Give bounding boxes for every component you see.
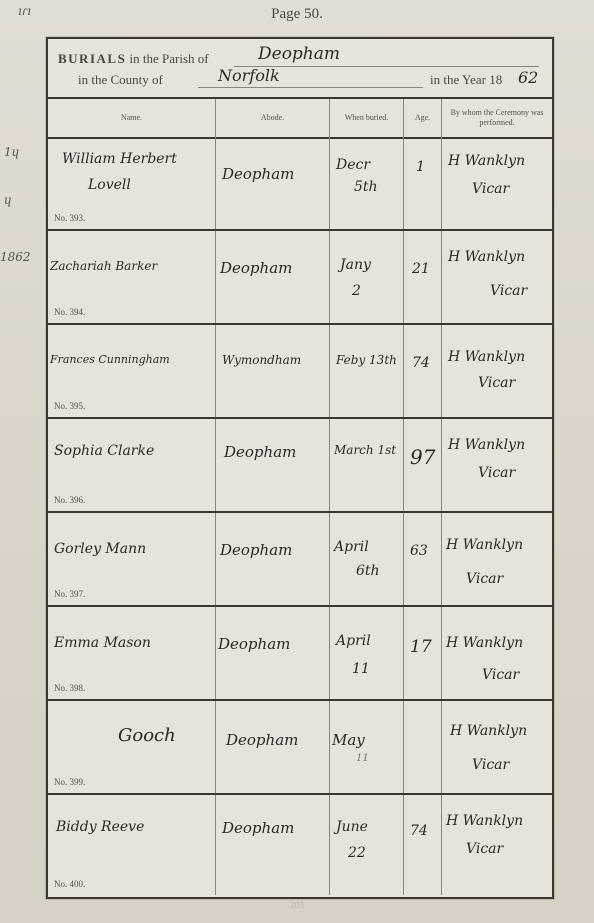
table-row: Zachariah Barker No. 394. Deopham Jany 2… [48, 231, 552, 325]
margin-note: 1ɥ [4, 145, 19, 159]
abode-cell: Deopham [216, 513, 330, 605]
margin-note: 1862 [0, 250, 31, 264]
officiant-line-1: H Wanklyn [448, 349, 525, 365]
table-row: Gorley Mann No. 397. Deopham April 6th 6… [48, 513, 552, 607]
when-buried-cell: April 6th [330, 513, 404, 605]
age-value: 1 [416, 159, 425, 175]
age-value: 21 [412, 261, 430, 277]
officiant-cell: H Wanklyn Vicar [442, 419, 552, 511]
officiant-line-2: Vicar [472, 757, 509, 773]
abode-value: Deopham [222, 165, 294, 183]
abode-cell: Deopham [216, 607, 330, 699]
age-cell: 97 [404, 419, 442, 511]
margin-note: ɥ [4, 193, 12, 207]
abode-value: Deopham [220, 541, 292, 559]
column-header-abode: Abode. [216, 99, 330, 137]
abode-cell: Deopham [216, 795, 330, 895]
burials-label: BURIALS [58, 51, 126, 66]
abode-cell: Deopham [216, 137, 330, 229]
date-line-1: Feby 13th [336, 353, 397, 367]
column-header-officiant: By whom the Ceremony was performed. [442, 99, 552, 137]
date-line-2: 2 [352, 283, 361, 299]
table-row: Sophia Clarke No. 396. Deopham March 1st… [48, 419, 552, 513]
officiant-line-1: H Wanklyn [448, 249, 525, 265]
officiant-line-2: Vicar [482, 667, 519, 683]
officiant-line-1: H Wanklyn [446, 537, 523, 553]
date-line-1: March 1st [334, 443, 396, 457]
year-value: 62 [518, 68, 538, 87]
officiant-line-2: Vicar [472, 181, 509, 197]
officiant-cell: H Wanklyn Vicar [442, 325, 552, 417]
officiant-cell: H Wanklyn Vicar [442, 795, 552, 895]
name-line-1: Frances Cunningham [50, 353, 170, 366]
name-line-1: Emma Mason [54, 635, 151, 651]
officiant-line-1: H Wanklyn [446, 635, 523, 651]
footer-stamp: 203 [0, 900, 594, 910]
entry-number: No. 396. [54, 495, 85, 505]
officiant-cell: H Wanklyn Vicar [442, 607, 552, 699]
name-cell: William Herbert Lovell No. 393. [48, 137, 216, 229]
table-row: William Herbert Lovell No. 393. Deopham … [48, 137, 552, 231]
name-cell: Sophia Clarke No. 396. [48, 419, 216, 511]
name-line-1: Sophia Clarke [54, 443, 154, 459]
date-line-1: April [334, 539, 369, 555]
age-value: 74 [412, 355, 430, 371]
entry-number: No. 393. [54, 213, 85, 223]
date-line-2: 5th [354, 179, 378, 195]
officiant-line-1: H Wanklyn [446, 813, 523, 829]
register-heading: BURIALS in the Parish of Deopham in the … [48, 39, 552, 97]
name-line-1: William Herbert [62, 151, 177, 167]
name-line-1: Gooch [118, 725, 176, 746]
margin-note: ıɾı [18, 4, 31, 18]
officiant-cell: H Wanklyn Vicar [442, 231, 552, 323]
entry-number: No. 395. [54, 401, 85, 411]
officiant-line-2: Vicar [490, 283, 527, 299]
name-line-2: Lovell [88, 177, 131, 193]
officiant-cell: H Wanklyn Vicar [442, 137, 552, 229]
when-buried-cell: April 11 [330, 607, 404, 699]
when-buried-cell: June 22 [330, 795, 404, 895]
entry-number: No. 394. [54, 307, 85, 317]
name-line-1: Zachariah Barker [50, 259, 157, 273]
abode-value: Deopham [222, 819, 294, 837]
officiant-line-2: Vicar [478, 375, 515, 391]
county-label: in the County of [78, 72, 163, 88]
age-cell: 1 [404, 137, 442, 229]
when-buried-cell: March 1st [330, 419, 404, 511]
table-row: Biddy Reeve No. 400. Deopham June 22 74 … [48, 795, 552, 895]
age-cell: 74 [404, 795, 442, 895]
name-line-1: Biddy Reeve [56, 819, 144, 835]
column-header-when-buried: When buried. [330, 99, 404, 137]
name-line-1: Gorley Mann [54, 541, 146, 557]
date-line-1: Decr [336, 157, 370, 173]
column-header-row: Name. Abode. When buried. Age. By whom t… [48, 97, 552, 139]
date-line-2: 11 [356, 753, 369, 764]
parish-label: in the Parish of [130, 51, 209, 66]
abode-cell: Deopham [216, 701, 330, 793]
abode-cell: Deopham [216, 419, 330, 511]
age-cell: 63 [404, 513, 442, 605]
date-line-1: Jany [340, 257, 371, 273]
when-buried-cell: May 11 [330, 701, 404, 793]
age-value: 97 [410, 445, 435, 469]
date-line-1: April [336, 633, 371, 649]
name-cell: Zachariah Barker No. 394. [48, 231, 216, 323]
age-value: 17 [410, 637, 432, 657]
abode-value: Deopham [220, 259, 292, 277]
name-cell: Biddy Reeve No. 400. [48, 795, 216, 895]
abode-value: Wymondham [222, 353, 301, 367]
abode-value: Deopham [224, 443, 296, 461]
age-cell: 21 [404, 231, 442, 323]
age-cell: 74 [404, 325, 442, 417]
date-line-2: 11 [352, 661, 370, 677]
when-buried-cell: Jany 2 [330, 231, 404, 323]
officiant-cell: H Wanklyn Vicar [442, 513, 552, 605]
table-row: Gooch No. 399. Deopham May 11 H Wanklyn … [48, 701, 552, 795]
abode-cell: Deopham [216, 231, 330, 323]
age-value: 63 [410, 543, 428, 559]
county-value: Norfolk [218, 66, 280, 85]
entry-number: No. 399. [54, 777, 85, 787]
column-header-name: Name. [48, 99, 216, 137]
name-cell: Emma Mason No. 398. [48, 607, 216, 699]
abode-value: Deopham [226, 731, 298, 749]
entry-number: No. 398. [54, 683, 85, 693]
officiant-line-2: Vicar [478, 465, 515, 481]
table-row: Frances Cunningham No. 395. Wymondham Fe… [48, 325, 552, 419]
officiant-cell: H Wanklyn Vicar [442, 701, 552, 793]
year-label: in the Year 18 [430, 72, 502, 88]
age-value: 74 [410, 823, 428, 839]
page-number: Page 50. [0, 6, 594, 23]
table-row: Emma Mason No. 398. Deopham April 11 17 … [48, 607, 552, 701]
abode-value: Deopham [218, 635, 290, 653]
column-header-age: Age. [404, 99, 442, 137]
county-fill-line [198, 87, 423, 88]
name-cell: Gorley Mann No. 397. [48, 513, 216, 605]
date-line-1: June [336, 819, 368, 835]
entry-number: No. 400. [54, 879, 85, 889]
name-cell: Gooch No. 399. [48, 701, 216, 793]
officiant-line-1: H Wanklyn [448, 153, 525, 169]
age-cell [404, 701, 442, 793]
when-buried-cell: Decr 5th [330, 137, 404, 229]
parish-value: Deopham [258, 44, 340, 64]
date-line-2: 22 [348, 845, 366, 861]
date-line-2: 6th [356, 563, 380, 579]
age-cell: 17 [404, 607, 442, 699]
entry-number: No. 397. [54, 589, 85, 599]
name-cell: Frances Cunningham No. 395. [48, 325, 216, 417]
officiant-line-1: H Wanklyn [448, 437, 525, 453]
abode-cell: Wymondham [216, 325, 330, 417]
date-line-1: May [332, 731, 365, 749]
officiant-line-1: H Wanklyn [450, 723, 527, 739]
officiant-line-2: Vicar [466, 841, 503, 857]
when-buried-cell: Feby 13th [330, 325, 404, 417]
burial-register-table: BURIALS in the Parish of Deopham in the … [46, 37, 554, 899]
officiant-line-2: Vicar [466, 571, 503, 587]
